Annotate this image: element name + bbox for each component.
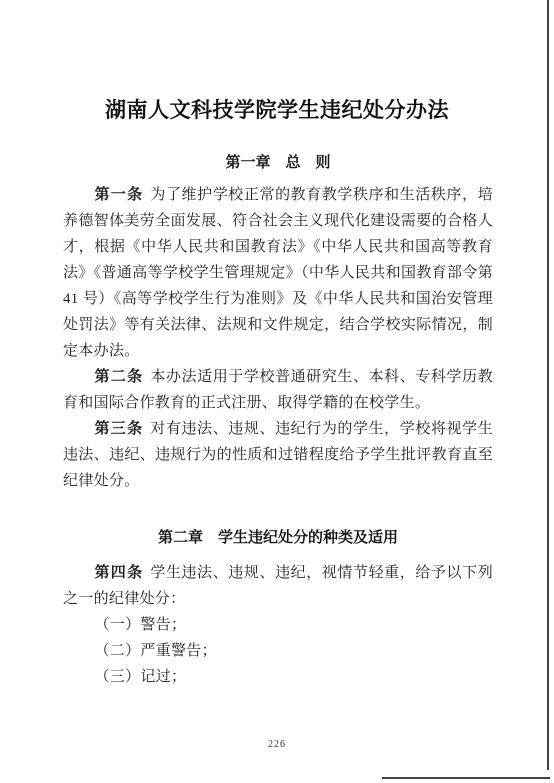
chapter-2: 第二章 学生违纪处分的种类及适用 第四条学生违法、违规、违纪，视情节轻重，给予以…: [63, 528, 493, 690]
document-title: 湖南人文科技学院学生违纪处分办法: [0, 0, 554, 124]
article-2: 第二条本办法适用于学校普通研究生、本科、专科学历教育和国际合作教育的正式注册、取…: [63, 364, 493, 416]
chapter-1-heading: 第一章 总 则: [63, 153, 493, 173]
document-content: 第一章 总 则 第一条为了维护学校正常的教育教学秩序和生活秩序，培养德智体美劳全…: [0, 153, 554, 690]
scan-edge-right: [547, 0, 549, 770]
article-3: 第三条对有违法、违规、违纪行为的学生，学校将视学生违法、违纪、违规行为的性质和过…: [63, 416, 493, 494]
document-page: 湖南人文科技学院学生违纪处分办法 第一章 总 则 第一条为了维护学校正常的教育教…: [0, 0, 554, 783]
article-2-label: 第二条: [95, 369, 144, 385]
scan-edge-bottom: [382, 777, 550, 779]
article-1-label: 第一条: [95, 187, 144, 203]
article-4-label: 第四条: [95, 565, 144, 581]
article-4: 第四条学生违法、违规、违纪，视情节轻重，给予以下列之一的纪律处分：: [63, 560, 493, 612]
page-number: 226: [0, 739, 554, 750]
penalty-item-3: （三）记过；: [63, 664, 493, 690]
article-1: 第一条为了维护学校正常的教育教学秩序和生活秩序，培养德智体美劳全面发展、符合社会…: [63, 182, 493, 364]
chapter-1: 第一章 总 则 第一条为了维护学校正常的教育教学秩序和生活秩序，培养德智体美劳全…: [63, 153, 493, 494]
chapter-2-heading: 第二章 学生违纪处分的种类及适用: [63, 528, 493, 548]
article-1-text: 为了维护学校正常的教育教学秩序和生活秩序，培养德智体美劳全面发展、符合社会主义现…: [63, 187, 493, 359]
penalty-item-2: （二）严重警告；: [63, 638, 493, 664]
penalty-item-1: （一）警告；: [63, 612, 493, 638]
article-3-label: 第三条: [95, 421, 144, 437]
